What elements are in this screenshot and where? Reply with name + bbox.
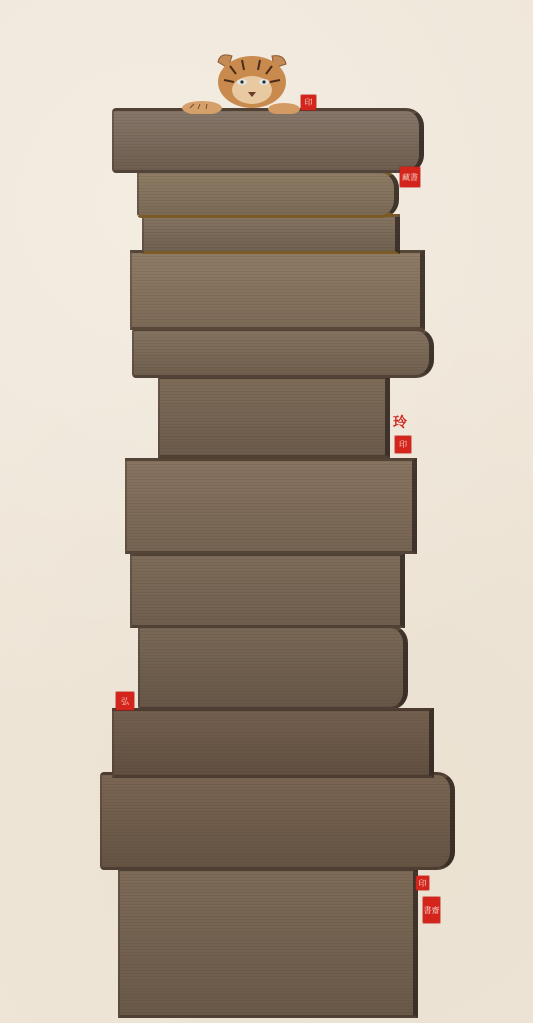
seal-middle-right: 印: [395, 436, 411, 453]
book-5: [132, 328, 434, 378]
book-6: [158, 376, 390, 458]
book-1: [112, 108, 424, 173]
book-11: [100, 772, 455, 870]
seal-bottom-small: 印: [416, 876, 429, 890]
book-12: [118, 868, 418, 1018]
book-10: [112, 708, 434, 778]
seal-middle-right-char: 玲: [393, 412, 407, 432]
tiger-cub: [180, 52, 305, 114]
book-2: [137, 170, 399, 218]
seal-tiger: 印: [301, 95, 316, 110]
book-9: [138, 625, 408, 710]
seal-bottom-large: 書齋: [423, 897, 440, 923]
book-7: [125, 458, 417, 554]
book-3: [142, 214, 400, 254]
painting-canvas: 印藏書玲印弘印書齋: [0, 0, 533, 1023]
seal-upper-right: 藏書: [400, 167, 420, 187]
book-4: [130, 250, 425, 330]
book-8: [130, 553, 405, 628]
seal-left: 弘: [116, 692, 134, 710]
